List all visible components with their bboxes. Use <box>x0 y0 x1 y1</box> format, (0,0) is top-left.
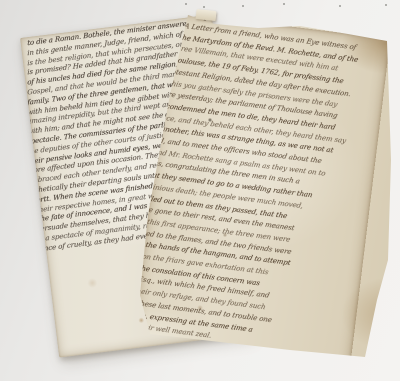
manuscript-line: the Martyrdom of the Revd. M. Rochette, … <box>148 28 400 73</box>
dust-speck <box>339 5 341 7</box>
letter-page-right: A Letter from a friend, who was an Eye w… <box>140 8 398 364</box>
dust-speck <box>283 3 285 5</box>
manuscript-line: then condemned the men to die, they hear… <box>131 97 400 142</box>
manuscript-line: Thoulouse, the 19 of Feby. 1762, for pro… <box>142 51 400 96</box>
folded-page-edge <box>196 9 217 21</box>
dust-speck <box>185 3 187 5</box>
dust-speck <box>203 6 205 8</box>
photo-two-manuscript-letters: to die a Roman. Bothele, the minister an… <box>0 0 400 381</box>
dust-speck <box>385 4 387 6</box>
manuscript-line: Protestant Religion, dated the day after… <box>140 63 400 108</box>
manuscript-line: before yesterday; the parliament of Thou… <box>134 86 400 131</box>
manuscript-line: A Letter from a friend, who was an Eye w… <box>151 17 400 62</box>
manuscript-line: sentence, and they beheld each other, th… <box>128 108 399 153</box>
manuscript-line: three Villemain, that were executed with… <box>145 40 400 85</box>
manuscript-line: all afraid, and to meet the officers who… <box>122 131 393 176</box>
manuscript-line: By this you gather safely the prisoners … <box>137 74 400 119</box>
dust-speck <box>242 5 244 7</box>
manuscript-line: one to another, this was a strange thing… <box>125 120 396 165</box>
